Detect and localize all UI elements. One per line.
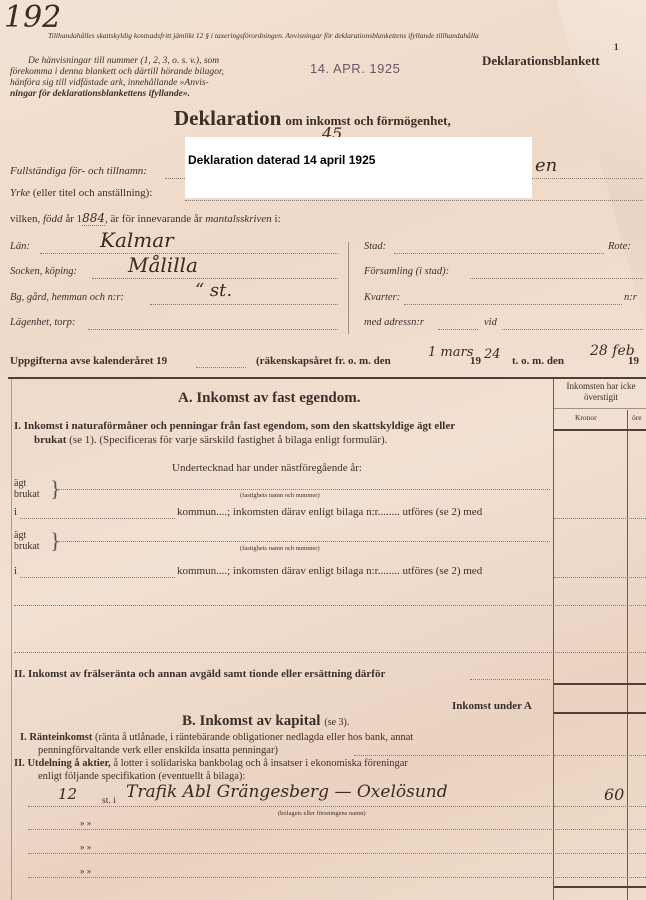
- amount-line-2[interactable]: [554, 577, 646, 578]
- interest-leader: [354, 755, 550, 756]
- fiscal-from-year-hand: 24: [484, 347, 501, 362]
- stad-field-line[interactable]: [394, 253, 604, 254]
- adress-field-line[interactable]: [438, 329, 478, 330]
- property-name-line[interactable]: [58, 489, 550, 490]
- page-title: Deklaration om inkomst och förmögenhet,: [174, 106, 451, 131]
- form-name: Deklarationsblankett: [482, 53, 600, 69]
- item-number: I.: [14, 420, 21, 432]
- amount-line-1[interactable]: [554, 518, 646, 519]
- interest-amount-line[interactable]: [554, 755, 646, 756]
- column-divider-main: [553, 379, 554, 900]
- title-main: Deklaration: [174, 106, 281, 130]
- page-number: 1: [614, 42, 619, 52]
- title-rest: om inkomst och förmögenhet,: [285, 113, 450, 128]
- reference-note-line: De hänvisningar till nummer (1, 2, 3, o.…: [28, 56, 219, 66]
- item1-title-cont: brukat: [34, 434, 66, 446]
- page-fold-corner: [556, 0, 646, 330]
- extra-line[interactable]: [14, 605, 646, 606]
- period-label: Uppgifterna avse kalenderåret 19: [10, 355, 167, 367]
- caption-text: Deklaration daterad 14 april 1925: [188, 153, 375, 167]
- section-b-title-text: B. Inkomst av kapital: [182, 713, 320, 729]
- lagenhet-field-line[interactable]: [88, 329, 338, 330]
- i-label: i: [14, 506, 17, 518]
- reference-note-line: hänföra sig till vidfästade ark, innehål…: [10, 78, 209, 88]
- vid-label: vid: [484, 317, 497, 328]
- undersigned-label: Undertecknad har under nästföregående år…: [172, 462, 362, 474]
- company-caption: (bolagets eller föreningens namn): [278, 810, 366, 817]
- vid-field-line[interactable]: [502, 329, 643, 330]
- share-count-hand: 12: [58, 785, 77, 803]
- birth-line: vilken, född år 1884, är för innevarande…: [10, 211, 281, 225]
- item2-title: Utdelning å aktier,: [27, 758, 110, 769]
- mantal-label: mantalsskriven: [205, 213, 272, 225]
- income-a-total-label: Inkomst under A: [452, 700, 532, 712]
- occupation-field-line[interactable]: [185, 200, 643, 201]
- forsamling-field-line[interactable]: [470, 278, 643, 279]
- name-label: Fullständiga för- och tillnamn:: [10, 165, 147, 177]
- item1-title: Ränteinkomst: [29, 732, 92, 743]
- property-name-line[interactable]: [58, 541, 550, 542]
- reference-note-line: förekomma i denna blankett och därtill h…: [10, 67, 224, 77]
- fiscal-from-hand: 1 mars: [428, 345, 473, 360]
- kvarter-label: Kvarter:: [364, 292, 400, 303]
- received-date-stamp: 14. APR. 1925: [310, 61, 400, 76]
- property-caption: (fastighets namn och nummer): [240, 492, 320, 499]
- born-year-hand: 884: [82, 211, 105, 226]
- item1-description: (se 1). (Specificeras för varje särskild…: [69, 434, 387, 446]
- adress-label: med adressn:r: [364, 317, 424, 328]
- table-top-border: [8, 377, 646, 379]
- municipality-line[interactable]: [20, 577, 175, 578]
- location-divider: [348, 242, 349, 334]
- header-bottom-border: [554, 429, 646, 431]
- section-a-item1-cont: brukat (se 1). (Specificeras för varje s…: [34, 434, 387, 446]
- section-b-item2-cont: enligt följande specifikation (eventuell…: [38, 771, 245, 782]
- born-year-prefix: år 1: [65, 213, 82, 225]
- dividend-line-3[interactable]: [28, 853, 646, 854]
- item2-leader: [470, 679, 550, 680]
- born-end: i:: [275, 213, 281, 225]
- year-field-line[interactable]: [196, 367, 246, 368]
- dividend-line-1[interactable]: [28, 806, 550, 807]
- agt-label: ägt: [14, 478, 40, 489]
- share-label: st. i: [102, 796, 116, 806]
- ore-header: öre: [632, 413, 642, 422]
- property-caption: (fastighets namn och nummer): [240, 545, 320, 552]
- reference-note-line: ningar för deklarationsblankettens ifyll…: [10, 89, 190, 99]
- socken-label: Socken, köping:: [10, 266, 77, 277]
- dividend-amount-hand: 60: [604, 785, 624, 804]
- company-name-hand: Trafik Abl Grängesberg — Oxelösund: [126, 782, 448, 802]
- total-a-border: [554, 712, 646, 714]
- item1-description: (ränta å utlånade, i räntebärande obliga…: [95, 732, 413, 743]
- name-hand-tail: en: [535, 155, 557, 176]
- kommun-line: kommun....; inkomsten därav enligt bilag…: [177, 565, 482, 577]
- gard-field-line[interactable]: [150, 304, 338, 305]
- archive-number: 192: [4, 0, 61, 35]
- gard-value: “ st.: [195, 280, 232, 301]
- section-a-item1: I. Inkomst i naturaförmåner och penninga…: [14, 420, 455, 432]
- ditto-mark: » »: [80, 842, 91, 852]
- ditto-mark: » »: [80, 818, 91, 828]
- owned-used-label: ägt brukat: [14, 478, 40, 500]
- kommun-line: kommun....; inkomsten därav enligt bilag…: [177, 506, 482, 518]
- header-separator: [554, 408, 646, 409]
- item-number: I.: [20, 732, 27, 743]
- section-b-item2: II. Utdelning å aktier, å lotter i solid…: [14, 758, 408, 769]
- nr-label: n:r: [624, 292, 637, 303]
- socken-field-line[interactable]: [92, 278, 338, 279]
- fiscal-label: (räkenskapsåret fr. o. m. den: [256, 355, 391, 367]
- caption-overlay: Deklaration daterad 14 april 1925: [185, 137, 532, 198]
- item2-total-border: [554, 683, 646, 685]
- owned-used-label: ägt brukat: [14, 530, 40, 552]
- brukat-label: brukat: [14, 489, 40, 500]
- rote-label: Rote:: [608, 241, 631, 252]
- top-notice: Tillhandahålles skattskyldig kostnadsfri…: [48, 31, 479, 40]
- dividend-line-2[interactable]: [28, 829, 646, 830]
- i-label: i: [14, 565, 17, 577]
- section-a-item2: II. Inkomst av frälseränta och annan avg…: [14, 668, 385, 680]
- item2-description: å lotter i solidariska bankbolag och å i…: [113, 758, 408, 769]
- occupation-label-word: Yrke: [10, 187, 30, 199]
- forsamling-label: Församling (i stad):: [364, 266, 449, 277]
- occupation-label: Yrke (eller titel och anställning):: [10, 187, 152, 199]
- item1-title: Inkomst i naturaförmåner och penningar f…: [24, 420, 455, 432]
- table-left-border: [11, 379, 12, 900]
- lagenhet-label: Lägenhet, torp:: [10, 317, 75, 328]
- item-number: II.: [14, 758, 25, 769]
- kvarter-field-line[interactable]: [404, 304, 622, 305]
- municipality-line[interactable]: [20, 518, 175, 519]
- section-b-item1: I. Ränteinkomst (ränta å utlånade, i rän…: [20, 732, 413, 743]
- dividend-amount-line-1[interactable]: [554, 806, 646, 807]
- kronor-header: Kronor: [575, 413, 597, 422]
- section-b-subtotal-border: [554, 886, 646, 888]
- section-b-item1-cont: penningförvaltande verk eller enskilda i…: [38, 745, 278, 756]
- born-suffix: , är för innevarande år: [105, 213, 202, 225]
- born-prefix: vilken,: [10, 213, 40, 225]
- brukat-label: brukat: [14, 541, 40, 552]
- ditto-mark: » »: [80, 866, 91, 876]
- socken-value: Målilla: [128, 253, 198, 277]
- gard-label: Bg, gård, hemman och n:r:: [10, 292, 124, 303]
- agt-label: ägt: [14, 530, 40, 541]
- lan-value: Kalmar: [100, 228, 174, 252]
- fiscal-from-year-prefix: 19: [470, 355, 481, 367]
- stad-label: Stad:: [364, 241, 386, 252]
- column-divider-ore: [627, 410, 628, 900]
- income-limit-header: Inkomsten har icke överstigit: [556, 381, 646, 403]
- occupation-label-rest: (eller titel och anställning):: [33, 187, 152, 199]
- fiscal-to-label: t. o. m. den: [512, 355, 564, 367]
- section-b-title: B. Inkomst av kapital (se 3).: [182, 712, 349, 730]
- fiscal-to-year-prefix: 19: [628, 355, 639, 367]
- extra-line[interactable]: [14, 652, 646, 653]
- section-b-ref: (se 3).: [324, 717, 349, 728]
- section-a-title: A. Inkomst av fast egendom.: [178, 390, 361, 407]
- lan-label: Län:: [10, 241, 30, 252]
- born-label: född: [43, 213, 63, 225]
- dividend-line-4[interactable]: [28, 877, 646, 878]
